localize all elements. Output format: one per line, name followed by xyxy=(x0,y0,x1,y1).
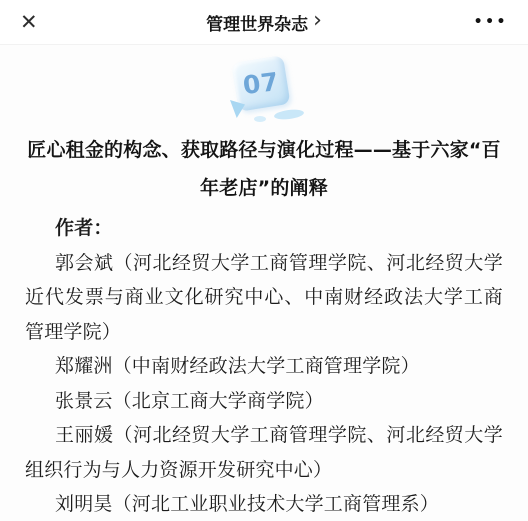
more-icon[interactable]: ••• xyxy=(470,0,512,44)
authors-section: 作者： 郭会斌（河北经贸大学工商管理学院、河北经贸大学近代发票与商业文化研究中心… xyxy=(0,211,528,521)
issue-number-badge: 07 xyxy=(222,58,306,122)
ice-splash-dot-decoration xyxy=(254,116,266,122)
author-item: 刘明昊（河北工业职业技术大学工商管理系） xyxy=(25,487,503,521)
article-content: 07 匠心租金的构念、获取路径与演化过程——基于六家“百年老店”的阐释 作者： … xyxy=(0,58,528,521)
issue-number: 07 xyxy=(241,67,280,100)
account-title-link[interactable]: 管理世界杂志 › xyxy=(206,10,322,35)
chevron-right-icon: › xyxy=(313,10,322,32)
author-item: 郭会斌（河北经贸大学工商管理学院、河北经贸大学近代发票与商业文化研究中心、中南财… xyxy=(25,246,503,350)
authors-label: 作者： xyxy=(25,211,503,246)
author-item: 王丽媛（河北经贸大学工商管理学院、河北经贸大学组织行为与人力资源开发研究中心） xyxy=(25,418,503,487)
header-bar: ✕ 管理世界杂志 › ••• xyxy=(0,0,528,45)
article-title: 匠心租金的构念、获取路径与演化过程——基于六家“百年老店”的阐释 xyxy=(24,131,504,207)
ice-splash-decoration xyxy=(274,108,305,121)
page-title: 管理世界杂志 xyxy=(206,10,308,35)
author-item: 郑耀洲（中南财经政法大学工商管理学院） xyxy=(25,349,503,384)
author-item: 张景云（北京工商大学商学院） xyxy=(25,384,503,419)
close-icon[interactable]: ✕ xyxy=(16,0,42,44)
